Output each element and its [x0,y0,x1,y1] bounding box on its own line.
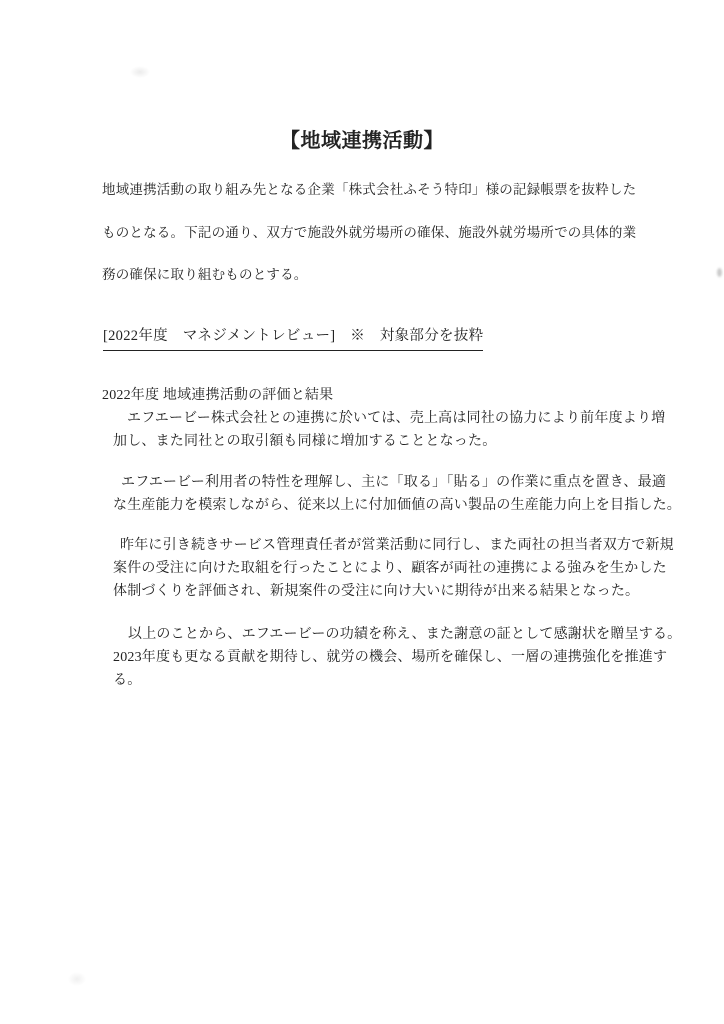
intro-line-2: ものとなる。下記の通り、双方で施設外就労場所の確保、施設外就労場所での具体的業 [102,212,641,255]
document-page: 【地域連携活動】 地域連携活動の取り組み先となる企業「株式会社ふそう特印」様の記… [0,0,724,1024]
paragraph-4: 以上のことから、エフエービーの功績を称え、また謝意の証として感謝状を贈呈する。 … [113,623,646,693]
paragraph-1: エフエービー株式会社との連携に於いては、売上高は同社の協力により前年度より増 加… [113,407,646,453]
paragraph-1-line-2: 加し、また同社との取引額も同様に増加することとなった。 [113,430,646,453]
paragraph-4-line-2: 2023年度も更なる貢献を期待し、就労の機会、場所を確保し、一層の連携強化を推進… [113,646,646,669]
paragraph-2-line-2: な生産能力を模索しながら、従来以上に付加価値の高い製品の生産能力向上を目指した。 [113,494,646,517]
scan-artifact-top [130,66,150,78]
review-subtitle: 2022年度 地域連携活動の評価と結果 [102,384,646,407]
paragraph-4-line-3: る。 [113,669,646,692]
page-title: 【地域連携活動】 [0,128,724,154]
paragraph-3-line-3: 体制づくりを評価され、新規案件の受注に向け大いに期待が出来る結果となった。 [113,580,646,603]
paragraph-3-line-1: 昨年に引き続きサービス管理責任者が営業活動に同行し、また両社の担当者双方で新規 [113,534,646,557]
intro-line-1: 地域連携活動の取り組み先となる企業「株式会社ふそう特印」様の記録帳票を抜粋した [102,169,641,212]
paragraph-4-line-1: 以上のことから、エフエービーの功績を称え、また謝意の証として感謝状を贈呈する。 [113,623,646,646]
paragraph-3: 昨年に引き続きサービス管理責任者が営業活動に同行し、また両社の担当者双方で新規 … [113,534,646,604]
section-heading: [2022年度 マネジメントレビュー] ※ 対象部分を抜粋 [103,326,483,351]
paragraph-3-line-2: 案件の受注に向けた取組を行ったことにより、顧客が両社の連携による強みを生かした [113,557,646,580]
paragraph-2: エフエービー利用者の特性を理解し、主に「取る」「貼る」の作業に重点を置き、最適 … [113,471,646,517]
section-heading-text: [2022年度 マネジメントレビュー] ※ 対象部分を抜粋 [103,326,483,351]
intro-paragraph: 地域連携活動の取り組み先となる企業「株式会社ふそう特印」様の記録帳票を抜粋した … [101,169,641,297]
review-body: 2022年度 地域連携活動の評価と結果 エフエービー株式会社との連携に於いては、… [101,384,646,692]
paragraph-1-line-1: エフエービー株式会社との連携に於いては、売上高は同社の協力により前年度より増 [113,407,646,430]
intro-line-3: 務の確保に取り組むものとする。 [102,254,641,297]
paragraph-2-line-1: エフエービー利用者の特性を理解し、主に「取る」「貼る」の作業に重点を置き、最適 [113,471,646,494]
scan-artifact-bottom [68,972,86,986]
scan-artifact-right-edge [717,268,722,277]
